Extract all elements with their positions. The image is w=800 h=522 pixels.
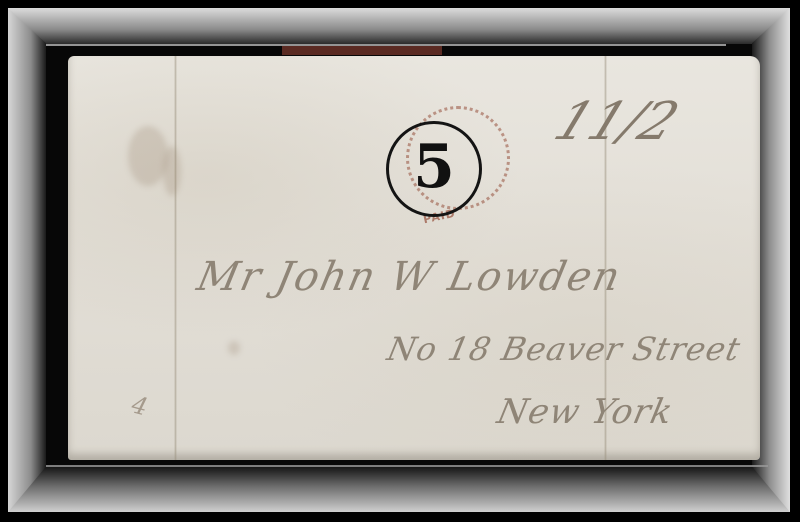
stain [128, 126, 168, 186]
manuscript-rate: 11/2 [546, 92, 687, 152]
backing-strip [282, 46, 442, 55]
address-city: New York [494, 392, 677, 432]
frame-bevel-top [8, 8, 790, 44]
letter-cover: PAID 5 11/2 Mr John W Lowden No 18 Beave… [68, 56, 760, 460]
frame-bevel-left [8, 8, 46, 512]
fold-line-left [174, 56, 177, 460]
corner-mark: 4 [129, 390, 151, 421]
frame-bevel-bottom [8, 466, 790, 512]
rate-handstamp: 5 [386, 121, 482, 217]
address-name: Mr John W Lowden [193, 254, 626, 300]
rate-number: 5 [413, 137, 455, 197]
stain [163, 146, 181, 196]
frame-highlight-bottom [46, 465, 768, 467]
address-street: No 18 Beaver Street [384, 330, 744, 368]
stain [228, 341, 240, 355]
